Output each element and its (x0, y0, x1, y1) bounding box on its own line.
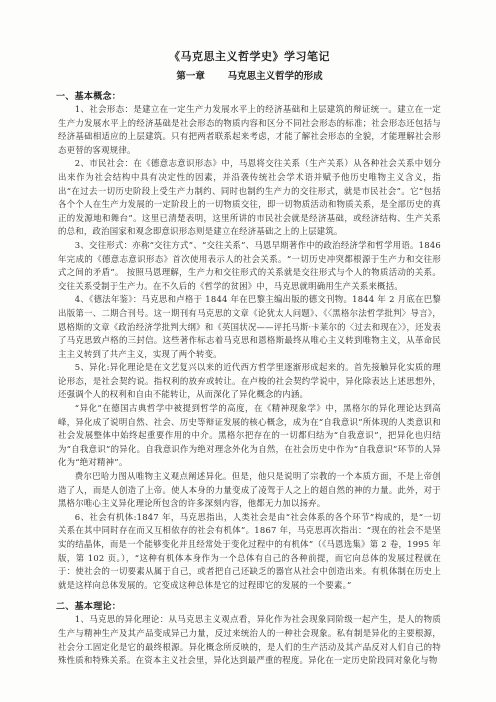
document-content: 《马克思主义哲学史》学习笔记 第一章马克思主义哲学的形成 一、基本概念： 1、社… (0, 0, 496, 668)
section-heading-basic-concepts: 一、基本概念： (56, 89, 441, 102)
paragraph-alienation-feuerbach: 费尔巴哈力图从唯物主义观点阐述异化。但是，他只是说明了宗教的一个本质方面，不是上… (58, 470, 441, 511)
chapter-title: 马克思主义哲学的形成 (228, 71, 323, 82)
paragraph-deutsch-franzoesische-jahrbuecher: 4、《德法年鉴》：马克思和卢格于 1844 年在巴黎主编出版的德文刊物。1844… (58, 293, 441, 361)
paragraph-social-formation: 1、社会形态：是建立在一定生产力发展水平上的经济基础和上层建筑的辩证统一。建立在… (58, 103, 441, 157)
paragraph-forms-of-intercourse: 3、交往形式：亦称“交往方式”、“交往关系”、马恩早期著作中的政治经济学和哲学用… (58, 239, 441, 293)
section-heading-basic-theories: 二、基本理论： (56, 599, 441, 612)
paragraph-social-organism: 6、社会有机体:1847 年，马克思指出，人类社会是由“社会体系的各个环节”构成… (58, 511, 441, 593)
paragraph-civil-society: 2、市民社会：在《德意志意识形态》中，马恩将交往关系（生产关系）从各种社会关系中… (58, 157, 441, 239)
paragraph-alienation-hegel: “异化”在德国古典哲学中被提到哲学的高度，在《精神现象学》中，黑格尔的异化理论达… (58, 402, 441, 470)
paragraph-alienation: 5、异化:异化理论是在文艺复兴以来的近代西方哲学里逐渐形成起来的。首先接触异化实… (58, 361, 441, 402)
paragraph-marx-alienation-theory: 1、马克思的异化理论：从马克思主义观点看，异化作为社会现象同阶级一起产生，是人的… (58, 613, 441, 667)
document-title: 《马克思主义哲学史》学习笔记 (58, 48, 441, 64)
chapter-number: 第一章 (176, 71, 205, 82)
chapter-heading: 第一章马克思主义哲学的形成 (58, 68, 441, 82)
scanned-document-page: 《马克思主义哲学史》学习笔记 第一章马克思主义哲学的形成 一、基本概念： 1、社… (0, 0, 496, 702)
